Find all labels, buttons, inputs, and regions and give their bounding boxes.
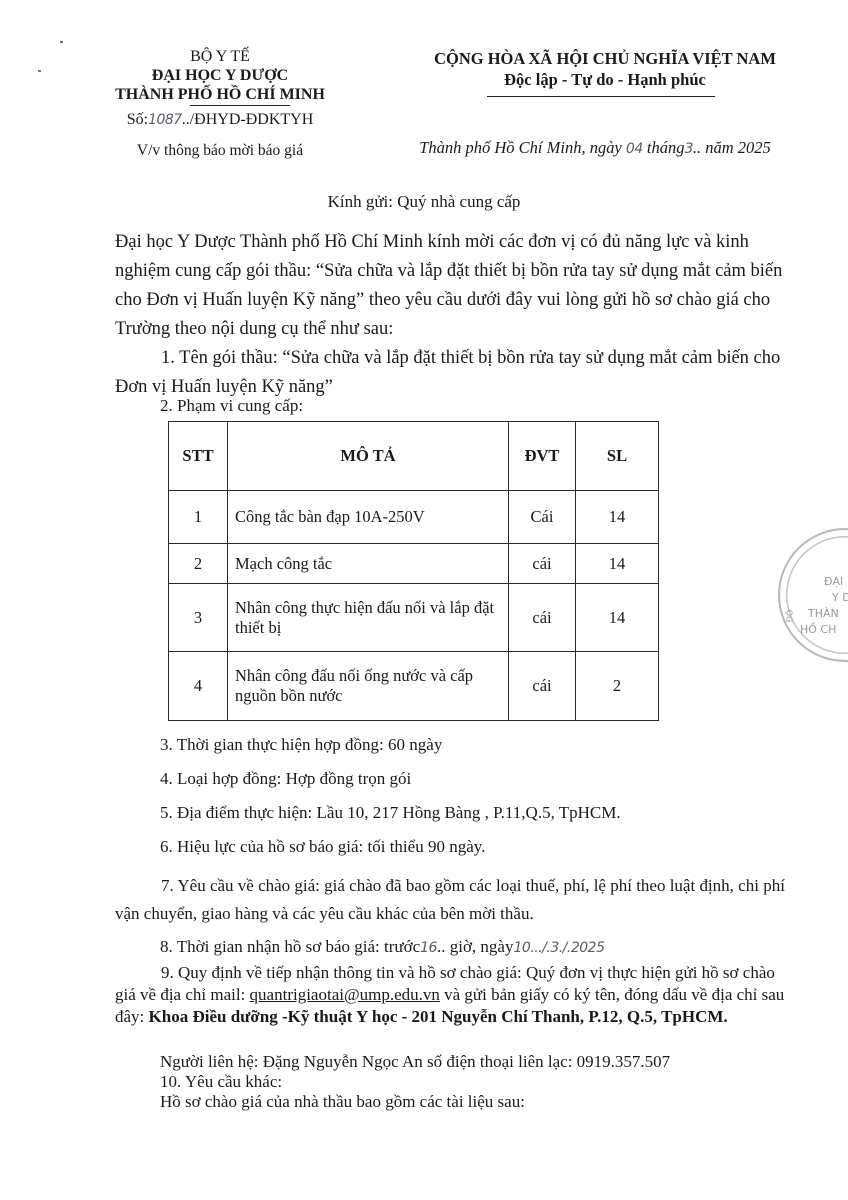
document-number: Số:1087../ĐHYD-ĐDKTYH [90,108,350,132]
scan-speck [38,70,41,72]
handwritten-hour: 16 [420,940,437,956]
col-quantity: SL [576,422,659,491]
item-3-duration: 3. Thời gian thực hiện hợp đồng: 60 ngày [160,735,442,755]
item-2-scope: 2. Phạm vi cung cấp: [160,396,303,416]
col-unit: ĐVT [509,422,576,491]
national-header: CỘNG HÒA XÃ HỘI CHỦ NGHĨA VIỆT NAM Độc l… [420,49,790,97]
col-description: MÔ TẢ [228,422,509,491]
table-header-row: STT MÔ TẢ ĐVT SL [169,422,659,491]
university-name: ĐẠI HỌC Y DƯỢC [90,66,350,85]
email-link[interactable]: quantrigiaotai@ump.edu.vn [250,985,440,1004]
handwritten-month: 3 [684,141,692,157]
date-line: Thành phố Hồ Chí Minh, ngày 04 tháng3.. … [410,138,780,158]
item-4-contract-type: 4. Loại hợp đồng: Hợp đồng trọn gói [160,769,411,789]
item-8-deadline: 8. Thời gian nhận hồ sơ báo giá: trước16… [160,937,604,957]
country-name: CỘNG HÒA XÃ HỘI CHỦ NGHĨA VIỆT NAM [420,49,790,69]
handwritten-number: 1087 [148,112,182,128]
university-city: THÀNH PHỐ HỒ CHÍ MINH [90,85,350,104]
table-row: 1 Công tắc bàn đạp 10A-250V Cái 14 [169,491,659,544]
table-row: 2 Mạch công tắc cái 14 [169,544,659,584]
item-1-package-name: 1. Tên gói thầu: “Sửa chữa và lắp đặt th… [115,344,795,402]
submission-address: Khoa Điều dưỡng -Kỹ thuật Y học - 201 Ng… [149,1007,728,1026]
item-5-location: 5. Địa điểm thực hiện: Lầu 10, 217 Hồng … [160,803,621,823]
ministry-name: BỘ Y TẾ [90,48,350,66]
handwritten-day: 04 [626,141,643,157]
contact-block: Người liên hệ: Đặng Nguyễn Ngọc An số đi… [160,1052,670,1112]
col-stt: STT [169,422,228,491]
table-row: 4 Nhân công đấu nối ống nước và cấp nguồ… [169,652,659,721]
item-6-validity: 6. Hiệu lực của hồ sơ báo giá: tối thiểu… [160,837,485,857]
intro-paragraph: Đại học Y Dược Thành phố Hồ Chí Minh kín… [115,228,795,344]
issuer-header: BỘ Y TẾ ĐẠI HỌC Y DƯỢC THÀNH PHỐ HỒ CHÍ … [90,48,350,162]
scope-table: STT MÔ TẢ ĐVT SL 1 Công tắc bàn đạp 10A-… [168,421,659,721]
item-9-submission: 9. Quy định về tiếp nhận thông tin và hồ… [115,962,795,1028]
handwritten-date: 10.../.3./.2025 [513,940,604,956]
motto-underline [487,96,715,97]
header-underline [190,105,290,106]
table-row: 3 Nhân công thực hiện đấu nối và lắp đặt… [169,584,659,652]
official-stamp: Y ĐẠI Y D THÀN HỒ CH ĐÔ [778,528,848,662]
item-10-other: 10. Yêu cầu khác: [160,1072,670,1092]
item-10-detail: Hồ sơ chào giá của nhà thầu bao gồm các … [160,1092,670,1112]
document-subject: V/v thông báo mời báo giá [90,140,350,162]
contact-person: Người liên hệ: Đặng Nguyễn Ngọc An số đi… [160,1052,670,1072]
scan-speck [60,41,63,43]
salutation: Kính gửi: Quý nhà cung cấp [0,192,848,212]
national-motto: Độc lập - Tự do - Hạnh phúc [420,69,790,91]
item-7-quote-requirements: 7. Yêu cầu về chào giá: giá chào đã bao … [115,872,795,928]
